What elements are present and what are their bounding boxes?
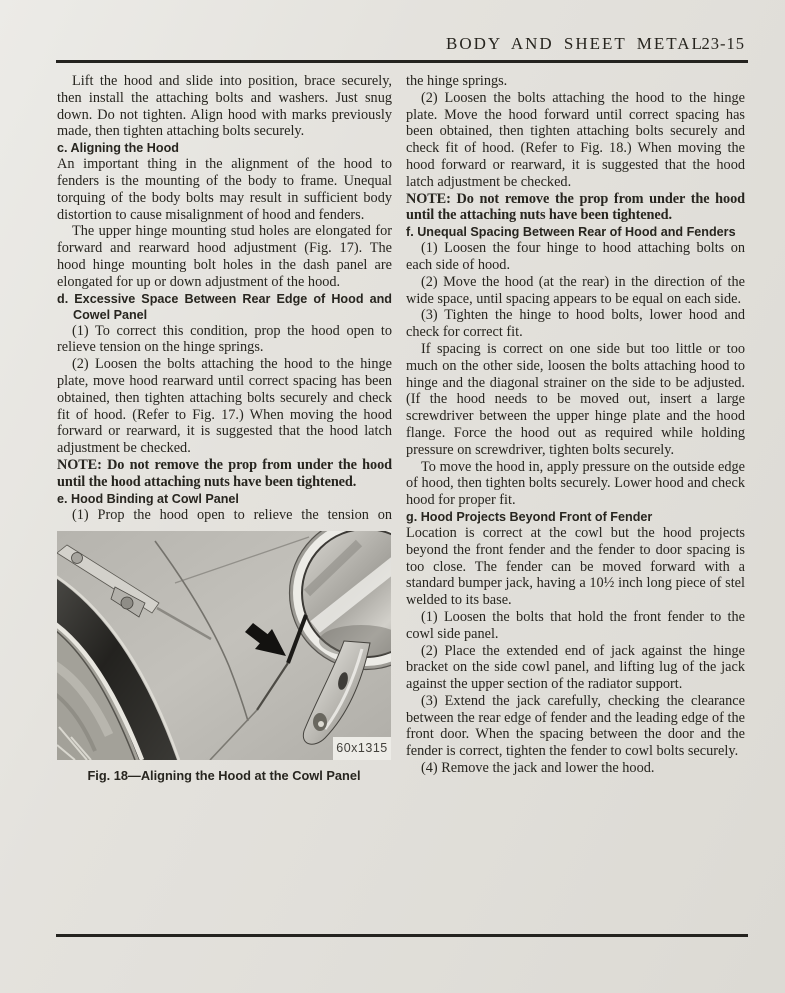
figure-18-caption: Fig. 18—Aligning the Hood at the Cowl Pa…: [57, 768, 391, 785]
header-rule: [56, 60, 748, 63]
section-d-note: NOTE: Do not remove the prop from under …: [57, 457, 392, 491]
left-column: Lift the hood and slide into position, b…: [57, 73, 392, 785]
section-e-note: NOTE: Do not remove the prop from under …: [406, 191, 745, 225]
section-c-paragraph-2: The upper hinge mounting stud holes are …: [57, 223, 392, 290]
section-f-step-2: (2) Move the hood (at the rear) in the d…: [406, 274, 745, 308]
section-f-step-1: (1) Loosen the four hinge to hood attach…: [406, 240, 745, 274]
page-number: 23-15: [702, 34, 746, 54]
section-c-heading: c. Aligning the Hood: [57, 140, 392, 156]
page-header-title: BODY AND SHEET METAL: [446, 34, 704, 54]
section-e-heading: e. Hood Binding at Cowl Panel: [57, 491, 392, 507]
continuation-paragraph: the hinge springs.: [406, 73, 745, 90]
section-c-paragraph-1: An important thing in the alignment of t…: [57, 156, 392, 223]
section-d-heading: d. Excessive Space Between Rear Edge of …: [57, 291, 392, 323]
section-f-step-3: (3) Tighten the hinge to hood bolts, low…: [406, 307, 745, 341]
footer-rule: [56, 934, 748, 937]
section-e-step-1: (1) Prop the hood open to relieve the te…: [57, 507, 392, 524]
intro-paragraph: Lift the hood and slide into position, b…: [57, 73, 392, 140]
section-f-paragraph-2: To move the hood in, apply pressure on t…: [406, 459, 745, 509]
section-e-step-2: (2) Loosen the bolts attaching the hood …: [406, 90, 745, 191]
section-g-step-1: (1) Loosen the bolts that hold the front…: [406, 609, 745, 643]
section-g-step-2: (2) Place the extended end of jack again…: [406, 643, 745, 693]
section-f-paragraph-1: If spacing is correct on one side but to…: [406, 341, 745, 459]
section-g-intro: Location is correct at the cowl but the …: [406, 525, 745, 609]
right-column: the hinge springs. (2) Loosen the bolts …: [406, 73, 745, 777]
section-d-step-2: (2) Loosen the bolts attaching the hood …: [57, 356, 392, 457]
section-g-step-3: (3) Extend the jack carefully, checking …: [406, 693, 745, 760]
section-g-step-4: (4) Remove the jack and lower the hood.: [406, 760, 745, 777]
photo-id-label: 60x1315: [333, 737, 391, 760]
section-f-heading: f. Unequal Spacing Between Rear of Hood …: [406, 224, 745, 240]
section-g-heading: g. Hood Projects Beyond Front of Fender: [406, 509, 745, 525]
section-d-step-1: (1) To correct this condition, prop the …: [57, 323, 392, 357]
figure-18: 60x1315: [57, 531, 391, 760]
figure-18-photo: [57, 531, 391, 760]
manual-page: BODY AND SHEET METAL 23-15 Lift the hood…: [0, 0, 785, 993]
